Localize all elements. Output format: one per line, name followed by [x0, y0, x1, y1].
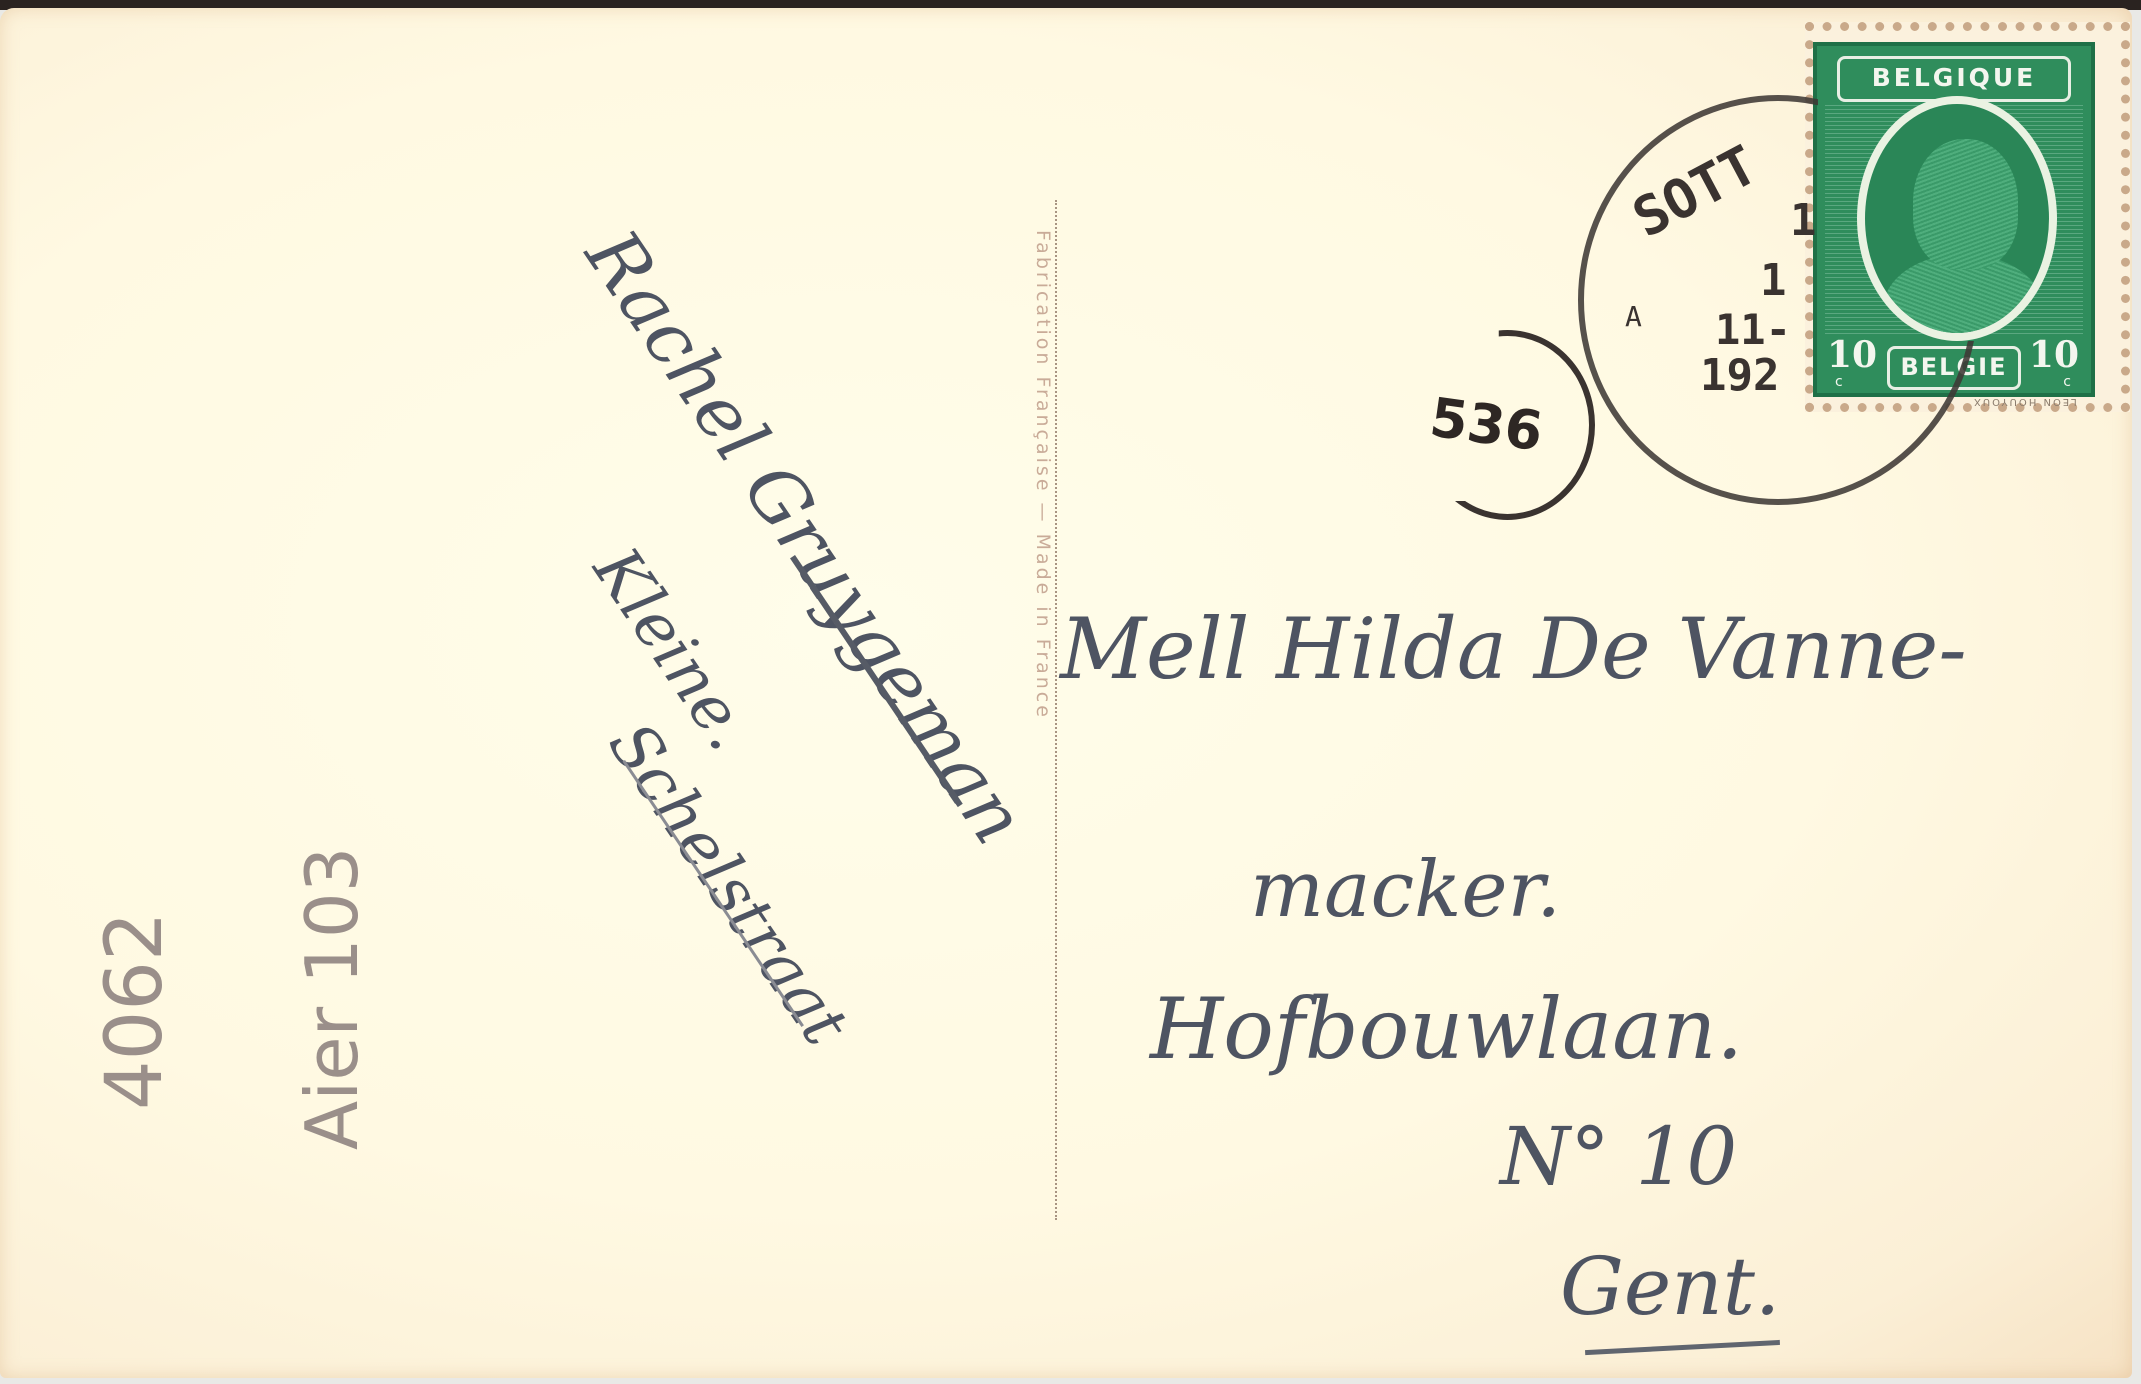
king-portrait-icon [1865, 104, 2049, 333]
postmark-year: 192 [1700, 350, 1779, 401]
postmark-letter: A [1625, 300, 1642, 333]
pencil-note-ref: Aier 103 [290, 847, 374, 1150]
postmark-date-2: 1 [1760, 255, 1787, 306]
addressee-house-number: N° 10 [1500, 1110, 1737, 1203]
postmark-date-1: 1 [1790, 195, 1817, 246]
stamp-value-right: 10 [2029, 334, 2079, 376]
addressee-line-2: macker. [1250, 845, 1561, 935]
postmark-date-3: 11- [1715, 305, 1791, 354]
center-divider-line [1055, 200, 1057, 1220]
stamp-portrait-frame [1857, 96, 2057, 341]
stamp-engraver-name: LEON HOUYOUX [1972, 396, 2077, 407]
portrait-head [1913, 139, 2018, 269]
printed-margin-text: Fabrication Française — Made in France [1032, 230, 1054, 720]
pencil-note-number: 4062 [90, 911, 180, 1110]
stamp-unit-right: c [2063, 374, 2071, 390]
addressee-city: Gent. [1560, 1240, 1780, 1333]
addressee-line-3: Hofbouwlaan. [1150, 980, 1743, 1078]
addressee-line-1: Mell Hilda De Vanne- [1060, 600, 1967, 698]
